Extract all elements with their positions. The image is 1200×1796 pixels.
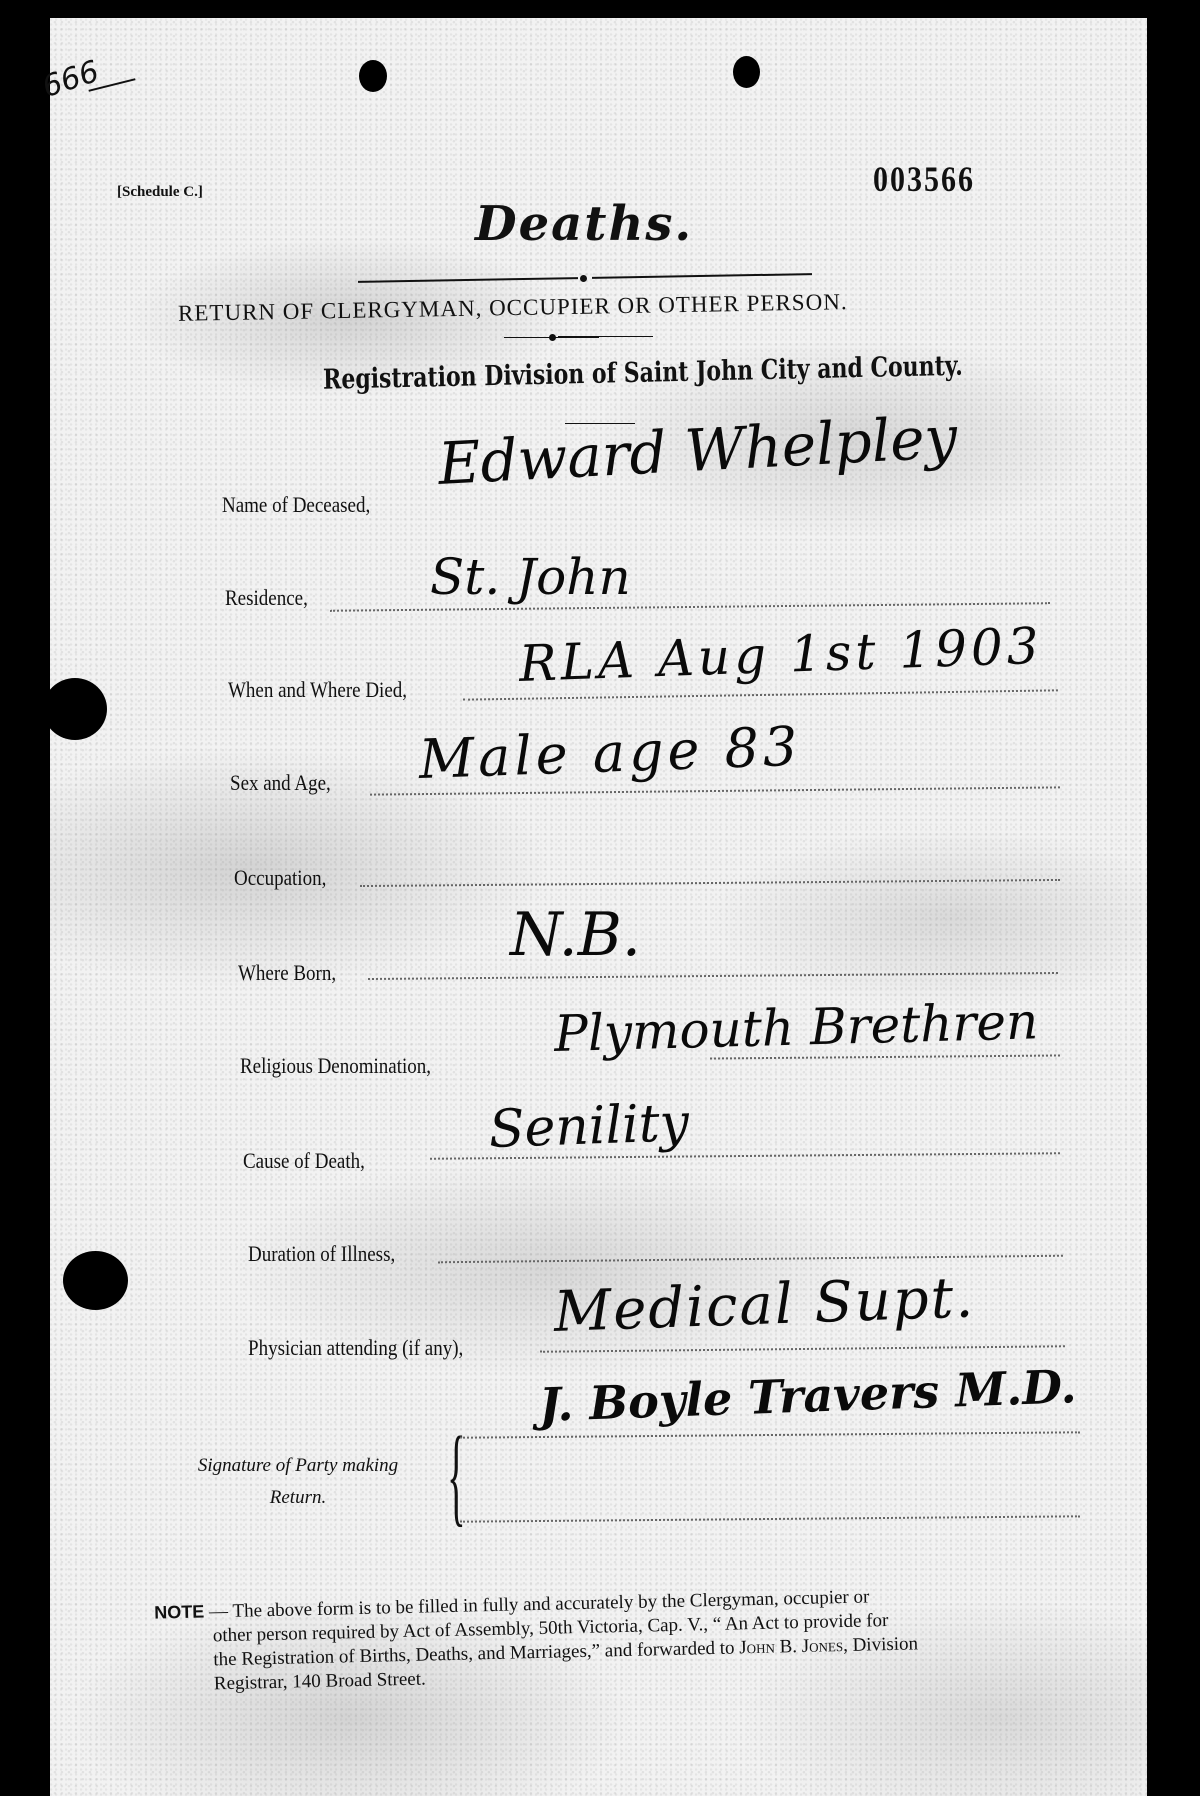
label-residence: Residence, <box>225 587 308 612</box>
label-religious-denomination: Religious Denomination, <box>240 1055 431 1080</box>
punch-hole-left-lower <box>63 1251 128 1310</box>
punch-hole-top-left <box>359 60 387 92</box>
punch-hole-left-upper <box>43 678 107 740</box>
note-heading: NOTE <box>154 1602 204 1623</box>
ornament-rule-small-right <box>558 336 653 337</box>
value-residence: St. John <box>430 548 631 606</box>
form-title: Deaths. <box>475 196 693 252</box>
label-signature-line2: Return. <box>158 1482 438 1514</box>
ornament-dot-small <box>549 334 556 341</box>
registrar-name: John B. Jones <box>739 1635 843 1658</box>
value-where-born: N.B. <box>510 900 641 970</box>
label-signature-line1: Signature of Party making <box>158 1450 438 1482</box>
label-signature-party: Signature of Party making Return. <box>158 1450 438 1514</box>
label-cause-of-death: Cause of Death, <box>243 1150 365 1175</box>
label-sex-and-age: Sex and Age, <box>230 772 331 797</box>
value-cause-of-death: Senility <box>488 1093 690 1160</box>
label-where-born: Where Born, <box>238 962 336 987</box>
label-occupation: Occupation, <box>234 867 326 892</box>
serial-number: 003566 <box>873 160 975 201</box>
label-duration-of-illness: Duration of Illness, <box>248 1243 395 1268</box>
label-name-of-deceased: Name of Deceased, <box>222 494 370 519</box>
schedule-label: [Schedule C.] <box>117 184 203 201</box>
ornament-dot <box>580 275 587 282</box>
label-physician-attending: Physician attending (if any), <box>248 1337 463 1362</box>
punch-hole-top-right <box>733 56 760 88</box>
value-sex-and-age: Male age 83 <box>418 715 802 791</box>
label-when-where-died: When and Where Died, <box>228 679 407 704</box>
